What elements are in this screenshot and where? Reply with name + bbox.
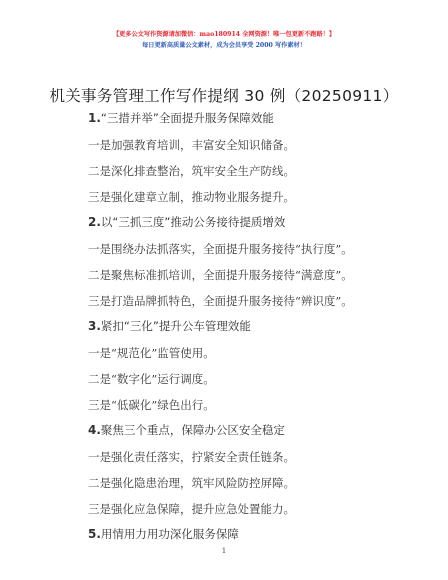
- section-heading-5: 5.用情用力用功深化服务保障: [88, 526, 239, 542]
- list-item: 二是深化排查整治，筑牢安全生产防线。: [88, 163, 295, 179]
- section-number: 2.: [88, 215, 101, 229]
- document-title: 机关事务管理工作写作提纲 30 例（20250911）: [0, 84, 448, 106]
- section-heading-1: 1.“三措并举”全面提升服务保障效能: [88, 110, 274, 126]
- section-heading-text: 以“三抓三度”推动公务接待提质增效: [101, 215, 285, 229]
- list-item: 一是“规范化”监管使用。: [88, 345, 215, 361]
- section-heading-text: 紧扣“三化”提升公车管理效能: [101, 319, 251, 333]
- section-number: 5.: [88, 527, 101, 541]
- list-item: 一是加强教育培训，丰富安全知识储备。: [88, 137, 295, 153]
- list-item: 三是“低碳化”绿色出行。: [88, 397, 215, 413]
- section-heading-text: “三措并举”全面提升服务保障效能: [101, 111, 274, 125]
- list-item: 三是强化应急保障，提升应急处置能力。: [88, 501, 295, 517]
- promo-banner-line-1: 【更多公文写作资源请加微信：mao180914 全网资源！唯一包更新不跑路！】: [0, 29, 448, 38]
- section-heading-3: 3.紧扣“三化”提升公车管理效能: [88, 318, 251, 334]
- section-number: 1.: [88, 111, 101, 125]
- list-item: 一是强化责任落实，拧紧安全责任链条。: [88, 449, 295, 465]
- list-item: 二是强化隐患治理，筑牢风险防控屏障。: [88, 475, 295, 491]
- section-heading-2: 2.以“三抓三度”推动公务接待提质增效: [88, 214, 285, 230]
- list-item: 二是聚焦标准抓培训，全面提升服务接待“满意度”。: [88, 267, 353, 283]
- list-item: 二是“数字化”运行调度。: [88, 371, 215, 387]
- list-item: 三是打造品牌抓特色，全面提升服务接待“辨识度”。: [88, 293, 353, 309]
- list-item: 一是围绕办法抓落实，全面提升服务接待“执行度”。: [88, 241, 353, 257]
- section-number: 3.: [88, 319, 101, 333]
- promo-banner-line-2: 每日更新高质量公文素材，成为会员享受 2000 写作素材！: [0, 40, 448, 49]
- page-number: 1: [0, 546, 448, 555]
- section-heading-text: 用情用力用功深化服务保障: [101, 527, 239, 541]
- section-number: 4.: [88, 423, 101, 437]
- list-item: 三是强化建章立制，推动物业服务提升。: [88, 189, 295, 205]
- section-heading-text: 聚焦三个重点，保障办公区安全稳定: [101, 423, 285, 437]
- section-heading-4: 4.聚焦三个重点，保障办公区安全稳定: [88, 422, 285, 438]
